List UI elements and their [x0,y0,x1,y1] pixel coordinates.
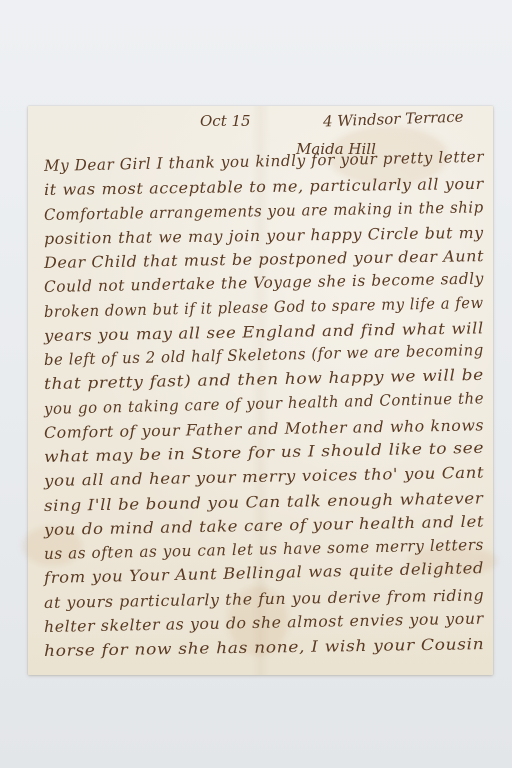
letter-date: Oct 15 [200,112,251,130]
